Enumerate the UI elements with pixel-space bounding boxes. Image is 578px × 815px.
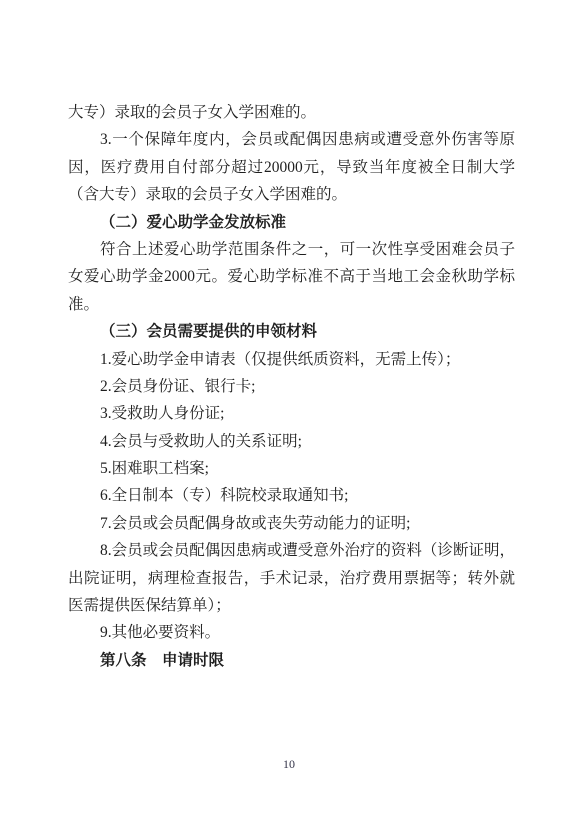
- text-line: 8.会员或会员配偶因患病或遭受意外治疗的资料（诊断证明，: [68, 537, 515, 564]
- text-line: 符合上述爱心助学范围条件之一，可一次性享受困难会员子: [68, 236, 515, 263]
- text-line: 6.全日制本（专）科院校录取通知书;: [68, 482, 515, 509]
- text-line: 女爱心助学金2000元。爱心助学标准不高于当地工会金秋助学标: [68, 263, 515, 290]
- text-line: 9.其他必要资料。: [68, 619, 515, 646]
- document-body: 大专）录取的会员子女入学困难的。3.一个保障年度内，会员或配偶因患病或遭受意外伤…: [68, 99, 515, 674]
- text-line: 5.困难职工档案;: [68, 455, 515, 482]
- text-line: 大专）录取的会员子女入学困难的。: [68, 99, 515, 126]
- document-page: 大专）录取的会员子女入学困难的。3.一个保障年度内，会员或配偶因患病或遭受意外伤…: [0, 0, 578, 815]
- text-line: （二）爱心助学金发放标准: [68, 209, 515, 236]
- text-line: 医需提供医保结算单）；: [68, 592, 515, 619]
- text-line: 出院证明，病理检查报告，手术记录，治疗费用票据等；转外就: [68, 565, 515, 592]
- text-line: 3.受救助人身份证;: [68, 400, 515, 427]
- text-line: 3.一个保障年度内，会员或配偶因患病或遭受意外伤害等原: [68, 126, 515, 153]
- text-line: （三）会员需要提供的申领材料: [68, 318, 515, 345]
- text-line: （含大专）录取的会员子女入学困难的。: [68, 181, 515, 208]
- text-line: 准。: [68, 291, 515, 318]
- text-line: 7.会员或会员配偶身故或丧失劳动能力的证明;: [68, 510, 515, 537]
- text-line: 1.爱心助学金申请表（仅提供纸质资料，无需上传）；: [68, 346, 515, 373]
- text-line: 4.会员与受救助人的关系证明;: [68, 428, 515, 455]
- page-number: 10: [0, 757, 578, 772]
- text-line: 2.会员身份证、银行卡;: [68, 373, 515, 400]
- text-line: 因，医疗费用自付部分超过20000元，导致当年度被全日制大学: [68, 154, 515, 181]
- text-line: 第八条 申请时限: [68, 647, 515, 674]
